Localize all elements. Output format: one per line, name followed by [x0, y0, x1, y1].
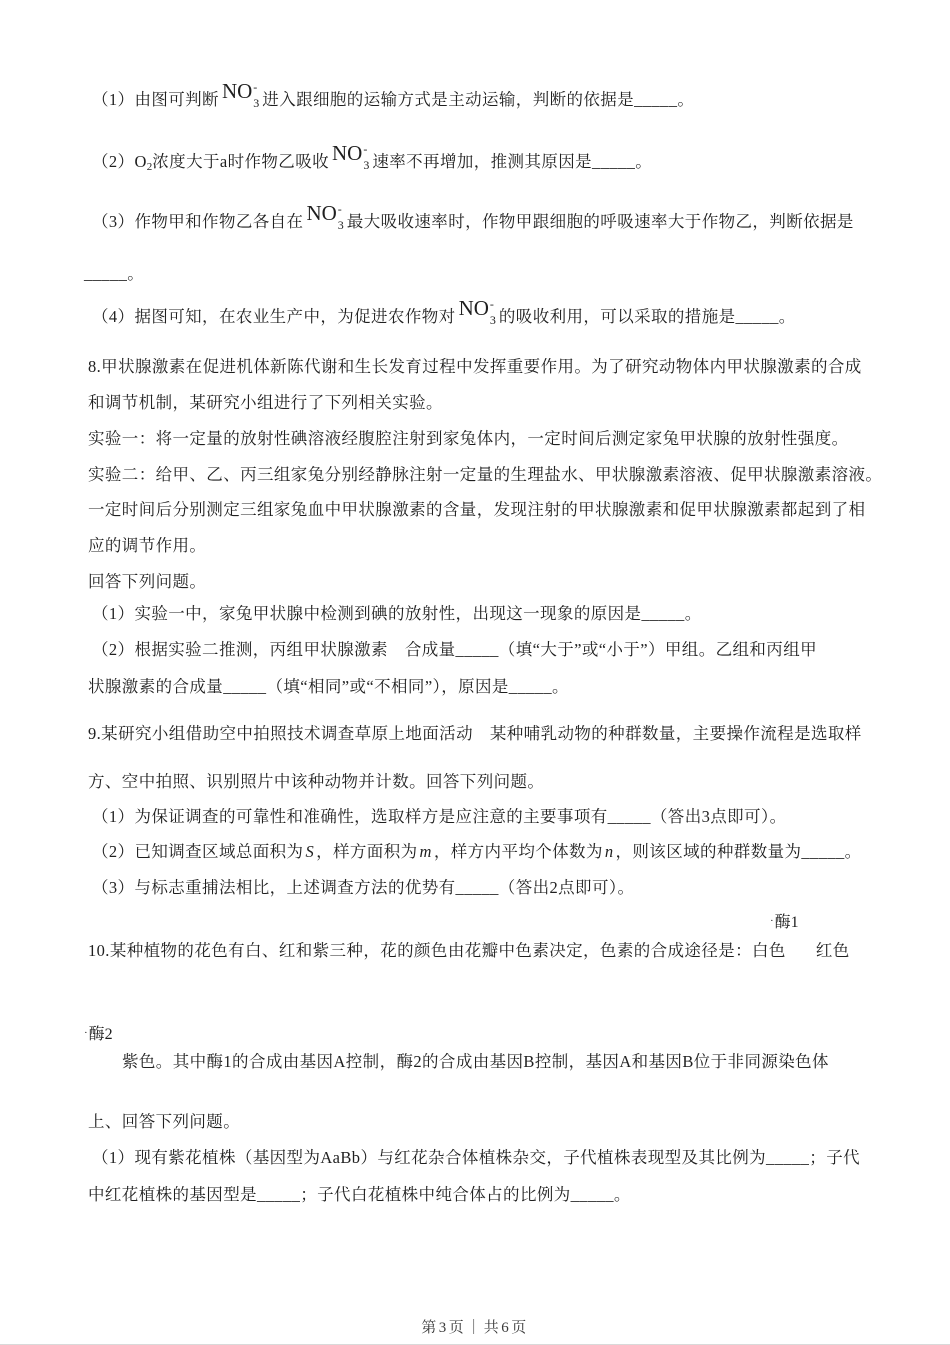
- formula-base: NO: [222, 81, 252, 102]
- formula-base: NO: [332, 143, 362, 164]
- q8-intro-line-1: 8.甲状腺激素在促进机体新陈代谢和生长发育过程中发挥重要作用。为了研究动物体内甲…: [88, 355, 862, 379]
- formula-subscript: 3: [490, 314, 496, 325]
- nitrate-formula: NO-3: [222, 81, 259, 108]
- q7-item-1-text-pre: （1）由图可判断: [92, 90, 219, 109]
- nitrate-formula: NO-3: [332, 143, 369, 170]
- formula-superscript: -: [363, 143, 369, 153]
- q7-item-3: （3）作物甲和作物乙各自在NO-3最大吸收速率时，作物甲跟细胞的呼吸速率大于作物…: [92, 210, 854, 237]
- formula-subscript: 3: [253, 97, 259, 108]
- q9-intro-line-2: 方、空中拍照、识别照片中该种动物并计数。回答下列问题。: [88, 770, 544, 794]
- formula-superscript: -: [338, 203, 344, 213]
- formula-stack: -3: [253, 81, 259, 108]
- q7-item-2: （2）O2浓度大于a时作物乙吸收NO-3速率不再增加，推测其原因是_____。: [92, 150, 652, 179]
- formula-base: NO: [306, 203, 336, 224]
- q10-intro-line-1: 10.某种植物的花色有白、红和紫三种，花的颜色由花瓣中色素决定，色素的合成途径是…: [88, 939, 850, 963]
- arrow-dot-icon: ·: [84, 1027, 88, 1039]
- formula-superscript: -: [253, 81, 259, 91]
- formula-subscript: 3: [363, 159, 369, 170]
- formula-superscript: -: [490, 298, 496, 308]
- q7-item-3-text-post: 最大吸收速率时，作物甲跟细胞的呼吸速率大于作物乙，判断依据是: [347, 212, 854, 231]
- variable-s: S: [303, 842, 316, 861]
- q8-item-2-line-2: 状腺激素的合成量_____（填“相同”或“不相同”），原因是_____。: [88, 675, 569, 699]
- q7-item-1-text-post: 进入跟细胞的运输方式是主动运输，判断的依据是_____。: [262, 90, 694, 109]
- q8-item-1: （1）实验一中，家兔甲状腺中检测到碘的放射性，出现这一现象的原因是_____。: [92, 602, 702, 626]
- enzyme-1-text: 酶1: [775, 914, 799, 931]
- formula-stack: -3: [338, 203, 344, 230]
- q10-intro-line-2: 紫色。其中酶1的合成由基因A控制，酶2的合成由基因B控制，基因A和基因B位于非同…: [122, 1050, 829, 1074]
- q9-intro-line-1: 9.某研究小组借助空中拍照技术调查草原上地面活动 某种哺乳动物的种群数量，主要操…: [88, 722, 862, 746]
- page-number-footer: 第3页｜共6页: [0, 1316, 950, 1337]
- q7-item-4-text-post: 的吸收利用，可以采取的措施是_____。: [499, 307, 796, 326]
- q8-experiment-2-line-1: 实验二：给甲、乙、丙三组家兔分别经静脉注射一定量的生理盐水、甲状腺激素溶液、促甲…: [88, 463, 882, 487]
- nitrate-formula: NO-3: [459, 298, 496, 325]
- formula-stack: -3: [490, 298, 496, 325]
- q10-red-color-label: 红色: [816, 941, 850, 960]
- q8-item-2-line-1: （2）根据实验二推测，丙组甲状腺激素 合成量_____（填“大于”或“小于”）甲…: [92, 638, 817, 662]
- q9-item-2-text-post: ，则该区域的种群数量为_____。: [616, 842, 862, 861]
- q7-item-2-text-mid: 浓度大于a时作物乙吸收: [152, 152, 329, 171]
- variable-m: m: [418, 842, 434, 861]
- formula-stack: -3: [363, 143, 369, 170]
- q9-item-2: （2）已知调查区域总面积为S，样方面积为m，样方内平均个体数为n，则该区域的种群…: [92, 840, 862, 864]
- variable-n: n: [603, 842, 616, 861]
- q7-item-4: （4）据图可知，在农业生产中，为促进农作物对NO-3的吸收利用，可以采取的措施是…: [92, 305, 796, 332]
- q7-item-1: （1）由图可判断NO-3进入跟细胞的运输方式是主动运输，判断的依据是_____。: [92, 88, 694, 115]
- q10-item-1-line-2: 中红花植株的基因型是_____；子代白花植株中纯合体占的比例为_____。: [88, 1183, 631, 1207]
- q9-item-1: （1）为保证调查的可靠性和准确性，选取样方是应注意的主要事项有_____（答出3…: [92, 805, 787, 829]
- q10-intro-line-3: 上、回答下列问题。: [88, 1110, 240, 1134]
- q9-item-2-text-2: ，样方面积为: [316, 842, 417, 861]
- q9-item-2-text-3: ，样方内平均个体数为: [434, 842, 603, 861]
- q8-intro-line-2: 和调节机制，某研究小组进行了下列相关实验。: [88, 391, 443, 415]
- q8-experiment-2-line-3: 应的调节作用。: [88, 534, 206, 558]
- arrow-dot-icon: ·: [770, 915, 774, 927]
- q9-item-2-text-pre: （2）已知调查区域总面积为: [92, 842, 303, 861]
- nitrate-formula: NO-3: [306, 203, 343, 230]
- q10-intro-line-1-text: 10.某种植物的花色有白、红和紫三种，花的颜色由花瓣中色素决定，色素的合成途径是…: [88, 941, 786, 960]
- formula-base: NO: [459, 298, 489, 319]
- q7-item-3-continuation: _____。: [84, 262, 144, 286]
- q9-item-3: （3）与标志重捕法相比，上述调查方法的优势有_____（答出2点即可）。: [92, 876, 634, 900]
- q7-item-4-text-pre: （4）据图可知，在农业生产中，为促进农作物对: [92, 307, 456, 326]
- enzyme-1-label: ·酶1: [770, 911, 799, 933]
- q8-experiment-2-line-2: 一定时间后分别测定三组家兔血中甲状腺激素的含量，发现注射的甲状腺激素和促甲状腺激…: [88, 498, 865, 522]
- q10-item-1-line-1: （1）现有紫花植株（基因型为AaBb）与红花杂合体植株杂交，子代植株表现型及其比…: [92, 1146, 860, 1170]
- enzyme-2-text: 酶2: [89, 1026, 113, 1043]
- formula-subscript: 3: [338, 219, 344, 230]
- q7-item-2-text-pre: （2）O: [92, 152, 147, 171]
- enzyme-2-label: ·酶2: [84, 1023, 113, 1045]
- q8-experiment-1-line: 实验一：将一定量的放射性碘溶液经腹腔注射到家兔体内，一定时间后测定家兔甲状腺的放…: [88, 427, 849, 451]
- q7-item-2-text-post: 速率不再增加，推测其原因是_____。: [372, 152, 652, 171]
- exam-paper-page: （1）由图可判断NO-3进入跟细胞的运输方式是主动运输，判断的依据是_____。…: [0, 0, 950, 1345]
- q7-item-3-text-pre: （3）作物甲和作物乙各自在: [92, 212, 303, 231]
- q8-answer-prompt: 回答下列问题。: [88, 570, 206, 594]
